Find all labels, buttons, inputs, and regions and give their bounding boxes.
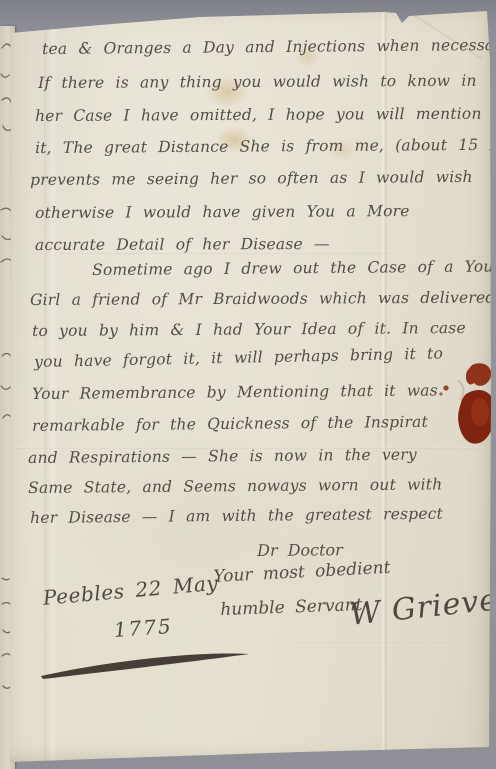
letter-body-line: tea & Oranges a Day and Injections when …: [42, 36, 496, 58]
letter-body-line: otherwise I would have given You a More: [35, 202, 410, 222]
letter-body-line: Same State, and Seems noways worn out wi…: [28, 475, 442, 497]
letter-body-line: Your Remembrance by Mentioning that it w…: [32, 381, 438, 403]
letter-body-line: If there is any thing you would wish to …: [38, 72, 477, 92]
pen-flourish: [38, 648, 254, 682]
letter-body-line: to you by him & I had Your Idea of it. I…: [32, 319, 466, 340]
letter-body-line: her Case I have omitted, I hope you will…: [35, 105, 482, 125]
letter-body-line: it, The great Distance She is from me, (…: [35, 136, 496, 157]
horizontal-crease: [296, 641, 488, 643]
letter-scan: tea & Oranges a Day and Injections when …: [0, 0, 496, 769]
letter-body-line: Girl a friend of Mr Braidwoods which was…: [30, 289, 495, 309]
letter-body-line: prevents me seeing her so often as I wou…: [30, 168, 473, 189]
letter-body-line: remarkable for the Quickness of the Insp…: [32, 413, 428, 435]
dateline-year: 1775: [113, 614, 173, 642]
letter-body-line: accurate Detail of her Disease —: [35, 235, 330, 254]
closing-line-1: Your most obedient: [213, 558, 391, 587]
wax-seal-remnant: [438, 360, 496, 456]
salutation: Dr Doctor: [257, 540, 343, 560]
letter-body-line: Sometime ago I drew out the Case of a Yo…: [92, 257, 496, 279]
dateline-place-date: Peebles 22 May: [42, 571, 219, 610]
closing-line-2: humble Servant: [220, 595, 363, 620]
letter-body-line: and Respirations — She is now in the ver…: [28, 446, 417, 467]
signature: W Grieve,: [348, 581, 496, 632]
letter-page: tea & Oranges a Day and Injections when …: [0, 0, 496, 769]
